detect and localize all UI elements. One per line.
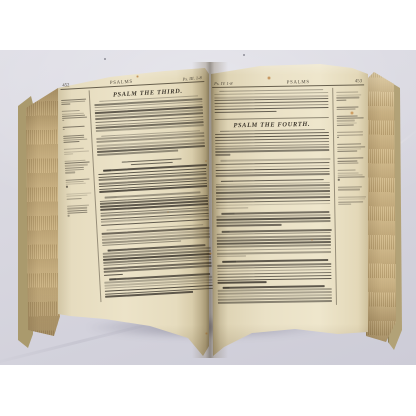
margin-note-line — [66, 182, 86, 185]
right-page-number: 453 — [355, 79, 362, 84]
quote-line — [130, 162, 173, 166]
margin-note-line — [337, 160, 357, 161]
right-page-body: PSALM THE FOURTH. — [212, 87, 368, 307]
text-line — [215, 149, 329, 153]
dust-speck — [243, 54, 245, 56]
margin-note-line — [338, 189, 360, 191]
margin-note-line — [337, 122, 357, 123]
margin-note-line — [66, 178, 90, 180]
right-verse-ref: Ps. IV. 1-8 — [214, 82, 232, 86]
margin-note-line — [337, 131, 363, 133]
margin-note-line — [338, 198, 365, 200]
right-page-edges — [364, 70, 398, 348]
text-line — [216, 207, 248, 209]
foxing-spot — [311, 239, 313, 241]
margin-note — [337, 115, 365, 125]
left-page-number: 452 — [62, 83, 69, 88]
page-edge-shading — [364, 70, 398, 348]
margin-note — [337, 158, 365, 164]
margin-note-line — [337, 120, 355, 122]
dust-speck — [104, 58, 106, 60]
margin-note-line — [337, 162, 358, 164]
margin-note-line — [337, 106, 359, 107]
margin-note — [66, 192, 92, 199]
psalm-four-heading: PSALM THE FOURTH. — [226, 120, 317, 129]
left-page-content: 452 PSALMS Ps. III. 1-8 PSALM THE THIRD. — [60, 72, 216, 304]
margin-note — [337, 131, 365, 137]
backdrop-wrinkle — [121, 366, 380, 396]
margin-note-gap — [68, 216, 94, 222]
margin-note — [338, 196, 366, 205]
right-page-content: Ps. IV. 1-8 PSALMS 453 PSALM THE FOURTH. — [212, 75, 368, 307]
margin-note-line — [336, 91, 358, 93]
margin-note-line — [64, 150, 89, 153]
margin-note — [66, 178, 92, 187]
margin-note-line — [337, 117, 364, 119]
right-running-head: PSALMS — [287, 79, 310, 84]
margin-note-line — [62, 119, 64, 120]
margin-note-line — [336, 94, 361, 96]
text-line — [215, 154, 230, 156]
text-line — [215, 107, 329, 111]
text-line — [217, 251, 331, 255]
foxing-spot — [267, 76, 271, 80]
margin-note — [65, 160, 92, 174]
margin-note-line — [338, 186, 362, 188]
margin-note — [337, 106, 365, 109]
margin-note-line — [61, 101, 85, 103]
margin-note-line — [338, 201, 363, 202]
margin-note-line — [338, 176, 365, 178]
foxing-spot — [205, 332, 208, 335]
margin-note-line — [337, 151, 357, 152]
margin-note-line — [337, 115, 358, 116]
margin-note — [63, 134, 89, 143]
right-text-block — [215, 129, 332, 307]
margin-note — [338, 186, 366, 190]
margin-note — [67, 204, 94, 216]
margin-note-line — [336, 97, 359, 99]
margin-note-line — [337, 148, 361, 150]
left-page-body: PSALM THE THIRD. — [61, 84, 217, 304]
foxing-spot — [167, 211, 169, 213]
margin-note-gap — [338, 205, 366, 210]
margin-note-line — [65, 164, 88, 167]
margin-note-line — [337, 143, 361, 145]
margin-note-line — [338, 172, 359, 173]
book-photo: 452 PSALMS Ps. III. 1-8 PSALM THE THIRD.… — [0, 0, 416, 416]
margin-note-line — [337, 137, 339, 138]
foxing-spot — [350, 111, 354, 115]
margin-note-line — [63, 125, 85, 127]
left-text-block — [98, 164, 213, 301]
margin-note-line — [338, 170, 356, 172]
foxing-spot — [209, 252, 212, 255]
margin-note-line — [338, 179, 340, 181]
right-text-block — [214, 89, 328, 117]
margin-note-line — [68, 215, 70, 217]
text-line — [217, 255, 246, 257]
margin-note-line — [66, 186, 68, 187]
text-line — [216, 203, 330, 207]
foxing-spot — [205, 160, 207, 162]
margin-note-line — [338, 174, 363, 175]
margin-note — [336, 91, 364, 100]
margin-note-line — [337, 134, 363, 135]
page-edge-shading — [24, 84, 60, 338]
margin-note — [337, 143, 365, 152]
margin-note-line — [338, 203, 351, 204]
left-page-edges — [24, 84, 60, 338]
left-text-block — [94, 95, 205, 160]
margin-note-line — [337, 146, 365, 148]
margin-note — [62, 110, 88, 121]
right-main-column: PSALM THE FOURTH. — [212, 88, 337, 308]
foxing-spot — [136, 75, 139, 78]
margin-note-line — [62, 116, 87, 118]
margin-note-line — [336, 99, 346, 100]
margin-note-line — [63, 128, 65, 129]
right-margin-notes — [333, 87, 368, 305]
margin-note — [338, 170, 366, 181]
margin-note-line — [66, 195, 87, 197]
margin-note-line — [337, 108, 356, 109]
margin-note-line — [337, 124, 354, 125]
left-main-column: PSALM THE THIRD. — [89, 84, 217, 302]
margin-note-line — [67, 212, 87, 214]
text-line — [218, 278, 332, 281]
margin-note-line — [337, 158, 363, 160]
